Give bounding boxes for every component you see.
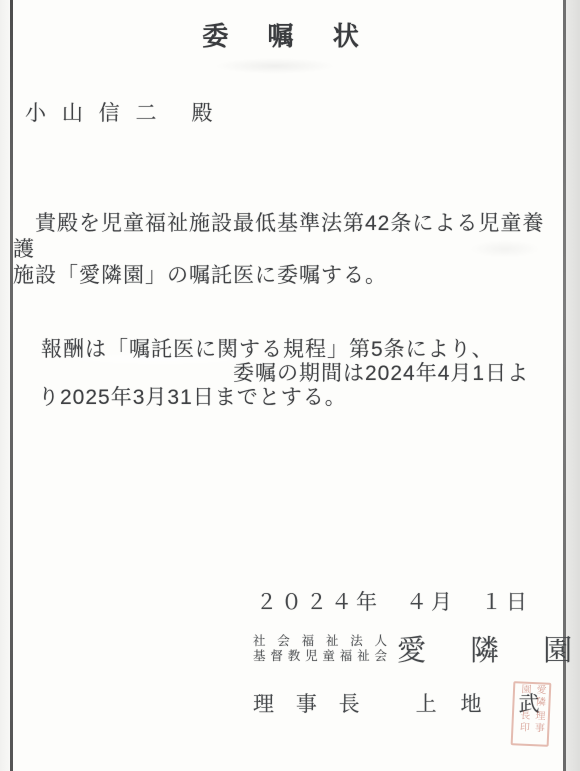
scan-smudge: [215, 58, 335, 74]
scan-edge-left: [0, 0, 10, 771]
organization-line-1: 社会福祉法人: [253, 634, 387, 649]
organization-subtitle: 社会福祉法人 基督教児童福祉会: [253, 634, 387, 664]
signer-line: 理 事 長上 地武: [253, 688, 540, 718]
signer-role: 理 事 長: [253, 693, 368, 716]
paragraph-line: 委嘱の期間は2024年4月1日よ: [13, 362, 565, 386]
paragraph-line: 貴殿を児童福祉施設最低基準法第42条による児童養護: [13, 211, 565, 263]
paragraph-line: り2025年3月31日までとする。: [13, 386, 565, 410]
document-title: 委 嘱 状: [13, 16, 564, 53]
organization-name: 愛 隣 園: [397, 628, 580, 669]
recipient-name: 小 山 信 二: [25, 102, 162, 125]
paragraph-line: 施設「愛隣園」の嘱託医に委嘱する。: [13, 263, 565, 289]
paragraph-line: 報酬は「嘱託医に関する規程」第5条により、: [13, 338, 565, 362]
body-paragraph-appointment: 貴殿を児童福祉施設最低基準法第42条による児童養護 施設「愛隣園」の嘱託医に委嘱…: [13, 211, 565, 289]
seal-column-left: 理事長印: [515, 709, 546, 745]
recipient-line: 小 山 信 二殿: [25, 97, 218, 127]
red-seal-stamp-icon: 愛隣園理事長印: [511, 681, 552, 747]
organization-line-2: 基督教児童福祉会: [253, 649, 387, 664]
body-paragraph-terms: 報酬は「嘱託医に関する規程」第5条により、 委嘱の期間は2024年4月1日よ り…: [13, 338, 565, 410]
recipient-honorific: 殿: [192, 102, 218, 125]
organization-block: 社会福祉法人 基督教児童福祉会 愛 隣 園: [253, 628, 580, 669]
signer-family-name: 上 地: [416, 693, 491, 716]
seal-column-right: 愛隣園: [516, 683, 547, 710]
document-date: ２０２４年 ４月 １日: [256, 586, 531, 616]
scanned-document-page: 委 嘱 状 小 山 信 二殿 貴殿を児童福祉施設最低基準法第42条による児童養護…: [0, 0, 580, 771]
